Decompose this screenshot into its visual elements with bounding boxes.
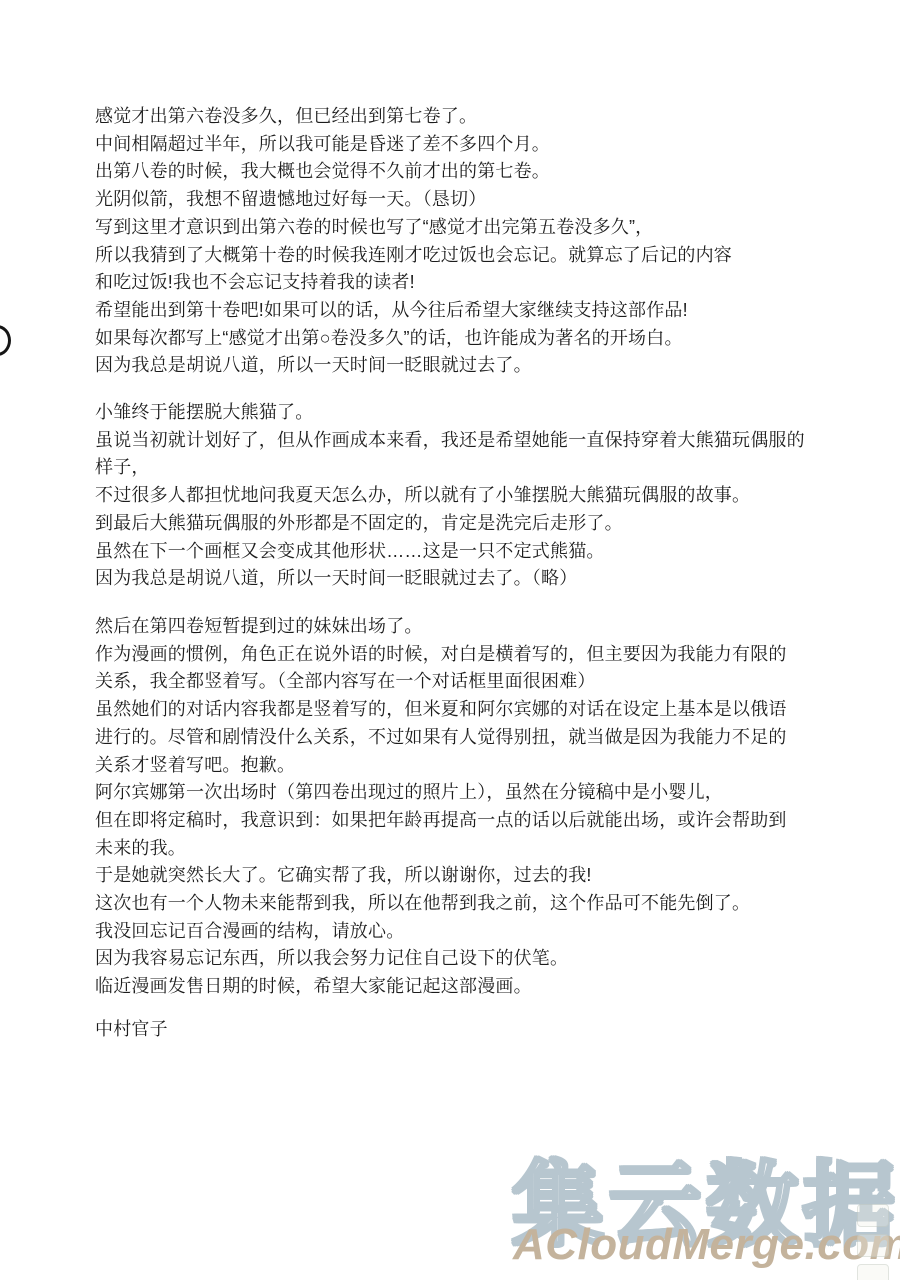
afterword-line: 希望能出到第十卷吧!如果可以的话，从今往后希望大家继续支持这部作品! [95, 297, 732, 325]
afterword-line: 作为漫画的惯例，角色正在说外语的时候，对白是横着写的，但主要因为我能力有限的 [95, 641, 787, 669]
corner-stamp-mark [857, 1264, 889, 1280]
afterword-line: 如果每次都写上“感觉才出第○卷没多久”的话，也许能成为著名的开场白。 [95, 325, 732, 353]
afterword-line: 临近漫画发售日期的时候，希望大家能记起这部漫画。 [95, 973, 787, 1001]
afterword-line: 样子， [95, 454, 805, 482]
afterword-line: 然后在第四卷短暂提到过的妹妹出场了。 [95, 613, 787, 641]
afterword-line: 这次也有一个人物未来能帮到我，所以在他帮到我之前，这个作品可不能先倒了。 [95, 890, 787, 918]
afterword-line: 出第八卷的时候，我大概也会觉得不久前才出的第七卷。 [95, 158, 732, 186]
watermark-site-url: ACloudMerge.com [513, 1220, 900, 1270]
afterword-line: 进行的。尽管和剧情没什么关系，不过如果有人觉得别扭，就当做是因为我能力不足的 [95, 724, 787, 752]
afterword-line: 但在即将定稿时，我意识到：如果把年龄再提高一点的话以后就能出场，或许会帮助到 [95, 807, 787, 835]
afterword-line: 未来的我。 [95, 835, 787, 863]
afterword-line: 虽说当初就计划好了，但从作画成本来看，我还是希望她能一直保持穿着大熊猫玩偶服的 [95, 427, 805, 455]
afterword-page: 感觉才出第六卷没多久，但已经出到第七卷了。 中间相隔超过半年，所以我可能是昏迷了… [0, 0, 900, 1280]
corner-stamp [857, 1204, 891, 1280]
afterword-paragraph-3: 然后在第四卷短暂提到过的妹妹出场了。 作为漫画的惯例，角色正在说外语的时候，对白… [95, 613, 787, 1001]
afterword-line: 和吃过饭!我也不会忘记支持着我的读者! [95, 269, 732, 297]
afterword-line: 小雏终于能摆脱大熊猫了。 [95, 399, 805, 427]
afterword-line: 光阴似箭，我想不留遗憾地过好每一天。（恳切） [95, 186, 732, 214]
afterword-paragraph-2: 小雏终于能摆脱大熊猫了。 虽说当初就计划好了，但从作画成本来看，我还是希望她能一… [95, 399, 805, 593]
author-signature: 中村官子 [95, 1016, 168, 1044]
afterword-line: 于是她就突然长大了。它确实帮了我，所以谢谢你，过去的我! [95, 862, 787, 890]
afterword-line: 到最后大熊猫玩偶服的外形都是不固定的，肯定是洗完后走形了。 [95, 510, 805, 538]
afterword-paragraph-1: 感觉才出第六卷没多久，但已经出到第七卷了。 中间相隔超过半年，所以我可能是昏迷了… [95, 103, 732, 380]
afterword-line: 我没回忘记百合漫画的结构，请放心。 [95, 918, 787, 946]
afterword-line: 中间相隔超过半年，所以我可能是昏迷了差不多四个月。 [95, 131, 732, 159]
corner-stamp-mark [857, 1204, 889, 1227]
afterword-line: 因为我总是胡说八道，所以一天时间一眨眼就过去了。（略） [95, 565, 805, 593]
afterword-line: 虽然在下一个画框又会变成其他形状……这是一只不定式熊猫。 [95, 538, 805, 566]
page-edge-mark [0, 325, 11, 356]
afterword-line: 因为我容易忘记东西，所以我会努力记住自己设下的伏笔。 [95, 945, 787, 973]
afterword-line: 不过很多人都担忧地问我夏天怎么办，所以就有了小雏摆脱大熊猫玩偶服的故事。 [95, 482, 805, 510]
afterword-line: 虽然她们的对话内容我都是竖着写的，但米夏和阿尔宾娜的对话在设定上基本是以俄语 [95, 696, 787, 724]
afterword-line: 关系才竖着写吧。抱歉。 [95, 752, 787, 780]
afterword-line: 阿尔宾娜第一次出场时（第四卷出现过的照片上），虽然在分镜稿中是小婴儿， [95, 779, 787, 807]
afterword-line: 因为我总是胡说八道，所以一天时间一眨眼就过去了。 [95, 352, 732, 380]
afterword-line: 所以我猜到了大概第十卷的时候我连刚才吃过饭也会忘记。就算忘了后记的内容 [95, 242, 732, 270]
afterword-line: 感觉才出第六卷没多久，但已经出到第七卷了。 [95, 103, 732, 131]
corner-stamp-mark [857, 1234, 889, 1257]
afterword-line: 写到这里才意识到出第六卷的时候也写了“感觉才出完第五卷没多久”， [95, 214, 732, 242]
afterword-line: 关系，我全都竖着写。（全部内容写在一个对话框里面很困难） [95, 668, 787, 696]
